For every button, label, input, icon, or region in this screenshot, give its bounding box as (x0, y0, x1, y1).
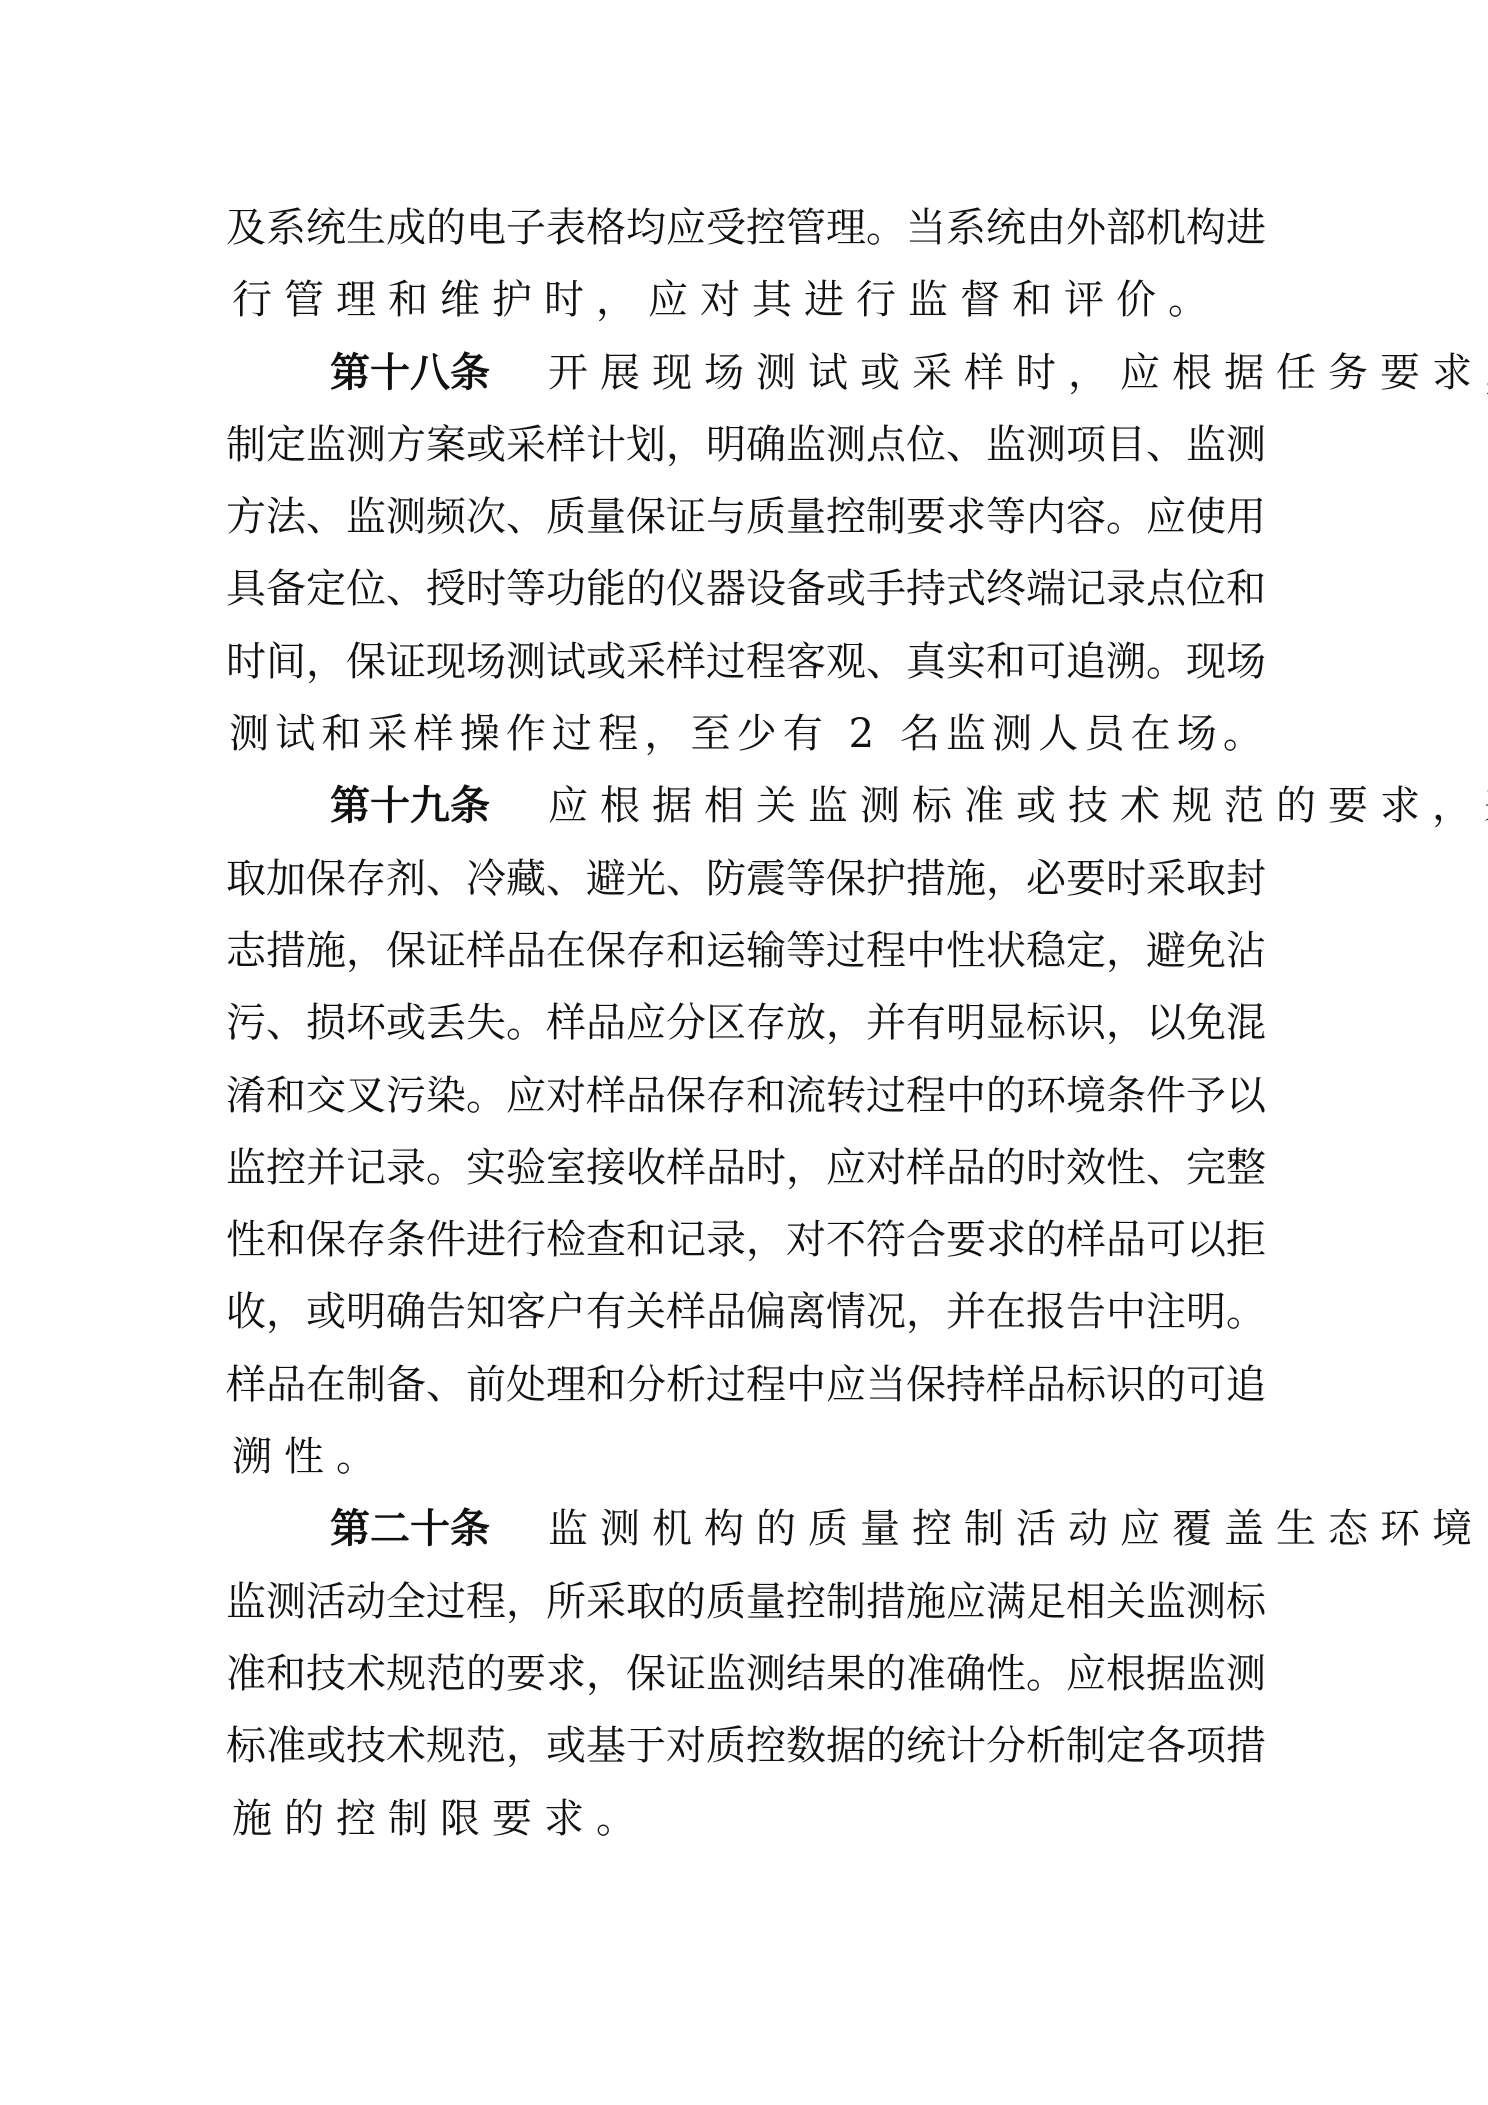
text-line: 污、损坏或丢失。样品应分区存放，并有明显标识，以免混 (226, 987, 1266, 1059)
article-19-first-line: 第十九条 应根据相关监测标准或技术规范的要求，采 (226, 770, 1266, 842)
text-line: 样品在制备、前处理和分析过程中应当保持样品标识的可追 (226, 1349, 1266, 1421)
article-text: 监测机构的质量控制活动应覆盖生态环境 (542, 1493, 1478, 1565)
text-line: 施的控制限要求。 (226, 1783, 1266, 1855)
article-text: 开展现场测试或采样时，应根据任务要求， (542, 337, 1488, 409)
text-line: 及系统生成的电子表格均应受控管理。当系统由外部机构进 (226, 192, 1266, 264)
text-line: 时间，保证现场测试或采样过程客观、真实和可追溯。现场 (226, 626, 1266, 698)
article-20-first-line: 第二十条 监测机构的质量控制活动应覆盖生态环境 (226, 1493, 1266, 1565)
document-page: 及系统生成的电子表格均应受控管理。当系统由外部机构进 行管理和维护时，应对其进行… (226, 192, 1266, 1855)
text-line: 收，或明确告知客户有关样品偏离情况，并在报告中注明。 (226, 1276, 1266, 1348)
text-line: 具备定位、授时等功能的仪器设备或手持式终端记录点位和 (226, 553, 1266, 625)
text-line: 取加保存剂、冷藏、避光、防震等保护措施，必要时采取封 (226, 843, 1266, 915)
text-line: 制定监测方案或采样计划，明确监测点位、监测项目、监测 (226, 409, 1266, 481)
text-line: 测试和采样操作过程，至少有 2 名监测人员在场。 (226, 698, 1266, 770)
text-line: 溯性。 (226, 1421, 1266, 1493)
article-heading: 第十八条 (330, 337, 490, 409)
text-line: 监测活动全过程，所采取的质量控制措施应满足相关监测标 (226, 1566, 1266, 1638)
text-line: 淆和交叉污染。应对样品保存和流转过程中的环境条件予以 (226, 1060, 1266, 1132)
text-line: 准和技术规范的要求，保证监测结果的准确性。应根据监测 (226, 1638, 1266, 1710)
article-heading: 第十九条 (330, 770, 490, 842)
text-line: 标准或技术规范，或基于对质控数据的统计分析制定各项措 (226, 1710, 1266, 1782)
text-line: 志措施，保证样品在保存和运输等过程中性状稳定，避免沾 (226, 915, 1266, 987)
text-line: 方法、监测频次、质量保证与质量控制要求等内容。应使用 (226, 481, 1266, 553)
article-18-first-line: 第十八条 开展现场测试或采样时，应根据任务要求， (226, 337, 1266, 409)
text-line: 行管理和维护时，应对其进行监督和评价。 (226, 264, 1266, 336)
text-line: 性和保存条件进行检查和记录，对不符合要求的样品可以拒 (226, 1204, 1266, 1276)
article-text: 应根据相关监测标准或技术规范的要求，采 (542, 770, 1488, 842)
text-line: 监控并记录。实验室接收样品时，应对样品的时效性、完整 (226, 1132, 1266, 1204)
article-heading: 第二十条 (330, 1493, 490, 1565)
